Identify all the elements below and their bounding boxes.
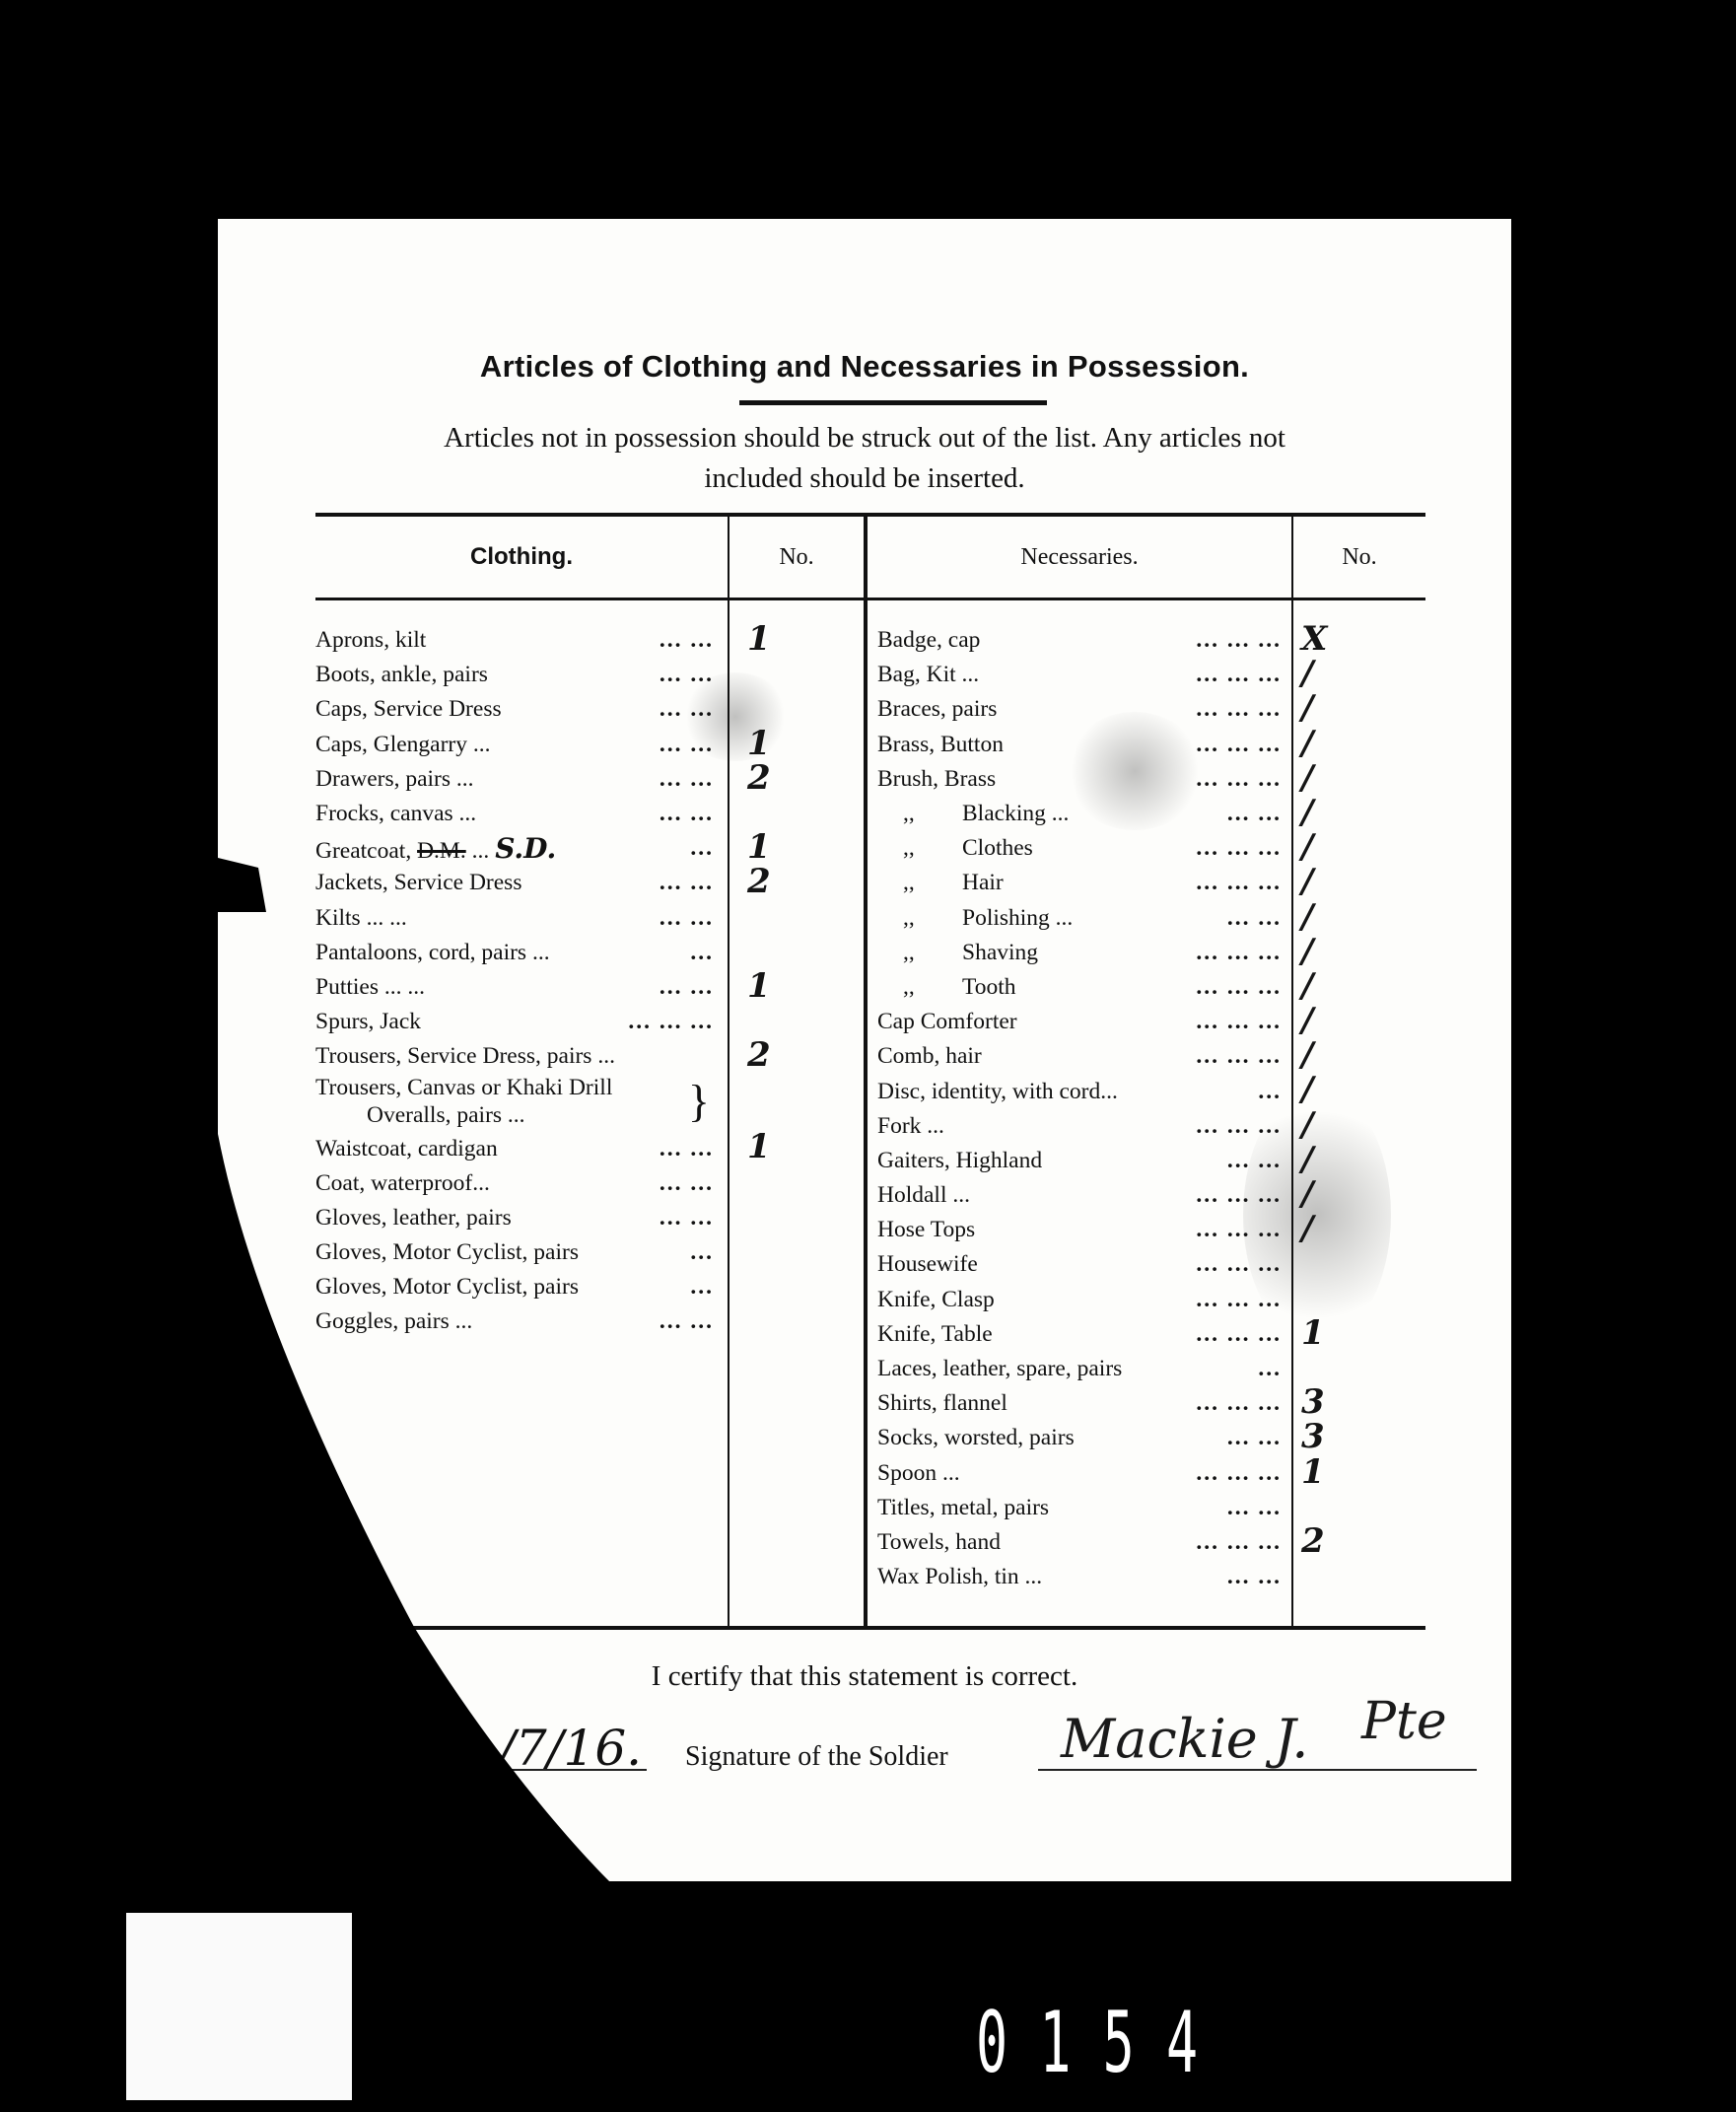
leader-dots: ... <box>690 940 714 966</box>
item-label: Putties ... ... <box>315 974 425 1001</box>
table-row: Trousers, Service Dress, pairs ... <box>315 1039 714 1074</box>
item-label: Holdall ... <box>877 1182 970 1209</box>
leader-dots: ... ... ... <box>628 1009 714 1035</box>
leader-dots: ... ... ... <box>1196 1009 1282 1035</box>
item-text: Pantaloons, cord, pairs ... <box>315 940 550 965</box>
quantity-cell: / <box>1293 1109 1425 1144</box>
item-text: Brass, Button <box>877 732 1004 757</box>
item-text: Badge, cap <box>877 627 980 653</box>
item-label: ,,Hair <box>877 870 1004 896</box>
handwritten-quantity: 2 <box>747 1035 771 1075</box>
table-row: ,,Clothes... ... ... <box>877 831 1282 866</box>
leader-dots: ... ... <box>660 696 714 723</box>
table-row: Comb, hair... ... ... <box>877 1039 1282 1074</box>
quantity-cell: / <box>1293 762 1425 797</box>
item-label: Shirts, flannel <box>877 1390 1007 1417</box>
handwritten-quantity: 3 <box>1301 1417 1325 1456</box>
table-row: Spoon ...... ... ... <box>877 1456 1282 1491</box>
item-label: Trousers, Canvas or Khaki DrillOveralls,… <box>315 1074 612 1129</box>
item-label: Trousers, Service Dress, pairs ... <box>315 1043 615 1070</box>
item-text: Braces, pairs <box>877 696 997 722</box>
leader-dots: ... ... ... <box>1196 1251 1282 1278</box>
handwritten-quantity: 2 <box>747 862 771 901</box>
item-label: Kilts ... ... <box>315 905 407 932</box>
leader-dots: ... <box>1258 1356 1282 1382</box>
item-label: Badge, cap <box>877 627 980 654</box>
leader-dots: ... ... <box>1227 1148 1282 1174</box>
item-label: Caps, Glengarry ... <box>315 732 491 758</box>
table-row: Holdall ...... ... ... <box>877 1178 1282 1213</box>
leader-dots: ... ... ... <box>1196 732 1282 758</box>
header-necessaries-no: No. <box>1293 517 1425 598</box>
item-text: Aprons, kilt <box>315 627 426 653</box>
quantity-cell: 1 <box>729 623 864 658</box>
leader-dots: ... ... ... <box>1196 1460 1282 1487</box>
item-text-suffix: ... <box>466 838 490 864</box>
item-label: Gloves, leather, pairs <box>315 1205 512 1232</box>
handwritten-quantity: / <box>1301 897 1313 937</box>
table-row: Boots, ankle, pairs... ... <box>315 658 714 692</box>
quantity-cell <box>1293 1560 1425 1594</box>
handwritten-quantity: / <box>1301 1140 1313 1179</box>
table-row: }Trousers, Canvas or Khaki DrillOveralls… <box>315 1074 714 1131</box>
handwritten-quantity: / <box>1301 932 1313 971</box>
quantity-cell: / <box>1293 1074 1425 1108</box>
necessaries-quantities: X/////////////////13312 <box>1293 623 1425 1594</box>
handwritten-quantity: / <box>1301 654 1313 693</box>
table-bottom-rule <box>315 1626 1425 1630</box>
item-text: Caps, Glengarry ... <box>315 732 491 757</box>
quantity-cell: 3 <box>1293 1386 1425 1421</box>
table-header-rule <box>315 598 1425 600</box>
leader-dots: ... ... ... <box>1196 662 1282 688</box>
table-row: Goggles, pairs ...... ... <box>315 1304 714 1339</box>
item-text: Gloves, Motor Cyclist, pairs <box>315 1274 579 1300</box>
leader-dots: ... ... <box>660 905 714 932</box>
table-row: Frocks, canvas ...... ... <box>315 797 714 831</box>
table-row: Cap Comforter... ... ... <box>877 1005 1282 1039</box>
item-text: Disc, identity, with cord... <box>877 1079 1118 1104</box>
item-text: Knife, Clasp <box>877 1287 995 1312</box>
leader-dots: ... ... ... <box>1196 1217 1282 1243</box>
table-row: Brush, Brass... ... ... <box>877 762 1282 797</box>
item-text: Trousers, Canvas or Khaki Drill <box>315 1075 612 1100</box>
item-text: Tooth <box>962 974 1016 1000</box>
item-label: Disc, identity, with cord... <box>877 1079 1118 1105</box>
table-row: ,,Blacking ...... ... <box>877 797 1282 831</box>
leader-dots: ... ... ... <box>1196 1287 1282 1313</box>
item-text: Goggles, pairs ... <box>315 1308 472 1334</box>
table-row: Braces, pairs... ... ... <box>877 692 1282 727</box>
handwritten-quantity: / <box>1301 862 1313 901</box>
table-row: Hose Tops... ... ... <box>877 1213 1282 1247</box>
item-label: Aprons, kilt <box>315 627 426 654</box>
table-row: ,,Tooth... ... ... <box>877 970 1282 1005</box>
item-text: Hose Tops <box>877 1217 975 1242</box>
item-label: Waistcoat, cardigan <box>315 1136 498 1162</box>
leader-dots: ... ... ... <box>1196 1529 1282 1556</box>
item-text: Greatcoat, <box>315 838 417 864</box>
table-row: Badge, cap... ... ... <box>877 623 1282 658</box>
table-row: Wax Polish, tin ...... ... <box>877 1560 1282 1594</box>
handwritten-quantity: 1 <box>747 724 771 763</box>
table-row: Aprons, kilt... ... <box>315 623 714 658</box>
ditto-mark: ,, <box>903 835 962 862</box>
ditto-mark: ,, <box>903 801 962 827</box>
handwritten-quantity: / <box>1301 1105 1313 1145</box>
leader-dots: ... ... <box>660 627 714 654</box>
item-text-line2: Overalls, pairs ... <box>315 1102 525 1128</box>
item-label: Goggles, pairs ... <box>315 1308 472 1335</box>
quantity-cell <box>729 1270 864 1304</box>
item-text: Socks, worsted, pairs <box>877 1425 1075 1450</box>
quantity-cell: / <box>1293 901 1425 936</box>
item-label: Spurs, Jack <box>315 1009 421 1035</box>
item-text: Boots, ankle, pairs <box>315 662 488 687</box>
item-label: Gloves, Motor Cyclist, pairs <box>315 1239 579 1266</box>
item-label: Cap Comforter <box>877 1009 1017 1035</box>
item-label: Drawers, pairs ... <box>315 766 474 793</box>
item-text: Spurs, Jack <box>315 1009 421 1034</box>
quantity-cell: / <box>1293 658 1425 692</box>
handwritten-quantity: 2 <box>747 758 771 798</box>
item-label: Coat, waterproof... <box>315 1170 490 1197</box>
quantity-cell: 2 <box>729 762 864 797</box>
document-page: Articles of Clothing and Necessaries in … <box>218 219 1511 1881</box>
necessaries-list: Badge, cap... ... ...Bag, Kit ...... ...… <box>877 623 1282 1594</box>
handwritten-quantity: 3 <box>1301 1382 1325 1422</box>
leader-dots: ... ... <box>660 1136 714 1162</box>
table-row: Titles, metal, pairs... ... <box>877 1491 1282 1525</box>
handwritten-quantity: / <box>1301 1209 1313 1248</box>
quantity-cell: 1 <box>729 1131 864 1165</box>
item-text: Fork ... <box>877 1113 944 1139</box>
instructions-line-1: Articles not in possession should be str… <box>218 418 1511 458</box>
calibration-patch <box>126 1913 352 2100</box>
item-text: Hair <box>962 870 1004 895</box>
quantity-cell: 1 <box>1293 1456 1425 1491</box>
item-text: Frocks, canvas ... <box>315 801 476 826</box>
leader-dots: ... ... ... <box>1196 1043 1282 1070</box>
brace: } <box>688 1074 710 1129</box>
table-row: Greatcoat, D.M. ...S.D.... <box>315 831 714 866</box>
quantity-cell: / <box>1293 866 1425 900</box>
item-text: Knife, Table <box>877 1321 993 1347</box>
handwritten-quantity: / <box>1301 1035 1313 1075</box>
column-divider-thick <box>864 517 868 1626</box>
quantity-cell: / <box>1293 970 1425 1005</box>
quantity-cell: 2 <box>1293 1525 1425 1560</box>
quantity-cell <box>1293 1352 1425 1386</box>
leader-dots: ... ... <box>1227 1425 1282 1451</box>
quantity-cell: / <box>1293 728 1425 762</box>
item-label: Hose Tops <box>877 1217 975 1243</box>
table-row: Gloves, leather, pairs... ... <box>315 1201 714 1235</box>
table-row: Gaiters, Highland... ... <box>877 1144 1282 1178</box>
form-title: Articles of Clothing and Necessaries in … <box>218 349 1511 385</box>
item-label: Jackets, Service Dress <box>315 870 521 896</box>
item-label: ,,Polishing ... <box>877 905 1073 932</box>
handwritten-quantity: / <box>1301 1174 1313 1214</box>
clothing-list: Aprons, kilt... ... Boots, ankle, pairs.… <box>315 623 714 1340</box>
item-label: Caps, Service Dress <box>315 696 502 723</box>
soldier-rank: Pte <box>1361 1692 1447 1751</box>
item-label: Socks, worsted, pairs <box>877 1425 1075 1451</box>
handwritten-quantity: / <box>1301 793 1313 832</box>
item-label: Greatcoat, D.M. ...S.D. <box>315 832 556 865</box>
item-label: Knife, Table <box>877 1321 993 1348</box>
frame-number: 0154 <box>976 1994 1229 2092</box>
item-label: Housewife <box>877 1251 978 1278</box>
item-label: Comb, hair <box>877 1043 982 1070</box>
item-label: ,,Tooth <box>877 974 1016 1001</box>
item-label: Bag, Kit ... <box>877 662 979 688</box>
item-text: Caps, Service Dress <box>315 696 502 722</box>
title-underline <box>739 400 1047 405</box>
leader-dots: ... ... <box>1227 1564 1282 1590</box>
handwritten-quantity: 1 <box>747 1127 771 1166</box>
leader-dots: ... ... <box>660 1170 714 1197</box>
quantity-cell: 1 <box>729 970 864 1005</box>
table-row: Putties ... ...... ... <box>315 970 714 1005</box>
item-text: Coat, waterproof... <box>315 1170 490 1196</box>
quantity-cell <box>729 692 864 727</box>
quantity-cell: / <box>1293 831 1425 866</box>
item-text: Titles, metal, pairs <box>877 1495 1049 1520</box>
ditto-mark: ,, <box>903 940 962 966</box>
quantity-cell: 2 <box>729 1039 864 1074</box>
leader-dots: ... ... <box>660 1205 714 1232</box>
leader-dots: ... <box>690 1239 714 1266</box>
table-row: Coat, waterproof...... ... <box>315 1166 714 1201</box>
table-row: Laces, leather, spare, pairs... <box>877 1352 1282 1386</box>
item-text: Comb, hair <box>877 1043 982 1069</box>
item-text: Waistcoat, cardigan <box>315 1136 498 1162</box>
leader-dots: ... ... ... <box>1196 974 1282 1001</box>
quantity-cell <box>729 1235 864 1270</box>
table-row: Kilts ... ...... ... <box>315 901 714 936</box>
handwritten-quantity: / <box>1301 688 1313 728</box>
item-text: Putties ... ... <box>315 974 425 1000</box>
leader-dots: ... ... ... <box>1196 870 1282 896</box>
header-clothing-no: No. <box>729 517 864 598</box>
leader-dots: ... ... <box>1227 1495 1282 1521</box>
leader-dots: ... ... ... <box>1196 1113 1282 1140</box>
leader-dots: ... ... <box>1227 801 1282 827</box>
quantity-cell <box>729 1201 864 1235</box>
item-text: Gloves, leather, pairs <box>315 1205 512 1231</box>
leader-dots: ... <box>1258 1079 1282 1105</box>
item-text: Jackets, Service Dress <box>315 870 521 895</box>
leader-dots: ... ... <box>660 662 714 688</box>
leader-dots: ... ... ... <box>1196 940 1282 966</box>
handwritten-quantity: X <box>1301 619 1327 659</box>
quantity-cell: / <box>1293 936 1425 970</box>
item-text: Wax Polish, tin ... <box>877 1564 1042 1589</box>
item-text: Blacking ... <box>962 801 1069 826</box>
certification-statement: I certify that this statement is correct… <box>218 1660 1511 1693</box>
leader-dots: ... ... ... <box>1196 766 1282 793</box>
soldier-signature: Mackie J. <box>1061 1708 1308 1770</box>
quantity-cell <box>729 901 864 936</box>
ditto-mark: ,, <box>903 905 962 932</box>
item-label: Towels, hand <box>877 1529 1001 1556</box>
item-label: Brass, Button <box>877 732 1004 758</box>
handwritten-quantity: 1 <box>747 827 771 867</box>
quantity-cell: / <box>1293 1144 1425 1178</box>
leader-dots: ... ... <box>660 801 714 827</box>
header-clothing: Clothing. <box>315 517 728 598</box>
table-row: Caps, Service Dress... ... <box>315 692 714 727</box>
quantity-cell: / <box>1293 1213 1425 1247</box>
clothing-quantities: 11212121 <box>729 623 864 1340</box>
item-text: Gaiters, Highland <box>877 1148 1042 1173</box>
quantity-cell: 1 <box>1293 1317 1425 1352</box>
item-label: Titles, metal, pairs <box>877 1495 1049 1521</box>
handwritten-quantity: 1 <box>747 619 771 659</box>
handwritten-quantity: / <box>1301 827 1313 867</box>
quantity-cell: 1 <box>729 831 864 866</box>
leader-dots: ... ... ... <box>1196 835 1282 862</box>
item-text: Drawers, pairs ... <box>315 766 474 792</box>
quantity-cell: / <box>1293 1039 1425 1074</box>
table-row: Socks, worsted, pairs... ... <box>877 1421 1282 1455</box>
handwritten-quantity: / <box>1301 724 1313 763</box>
table-row: ,,Hair... ... ... <box>877 866 1282 900</box>
handwritten-quantity: 1 <box>1301 1313 1325 1353</box>
leader-dots: ... <box>690 835 714 862</box>
table-row: Gloves, Motor Cyclist, pairs... <box>315 1270 714 1304</box>
handwritten-quantity: 2 <box>1301 1521 1325 1561</box>
handwritten-quantity: 1 <box>1301 1452 1325 1492</box>
leader-dots: ... ... ... <box>1196 1321 1282 1348</box>
table-row: Spurs, Jack... ... ... <box>315 1005 714 1039</box>
item-label: Gloves, Motor Cyclist, pairs <box>315 1274 579 1301</box>
item-label: ,,Blacking ... <box>877 801 1069 827</box>
ditto-mark: ,, <box>903 870 962 896</box>
item-text: Housewife <box>877 1251 978 1277</box>
table-row: Drawers, pairs ...... ... <box>315 762 714 797</box>
item-text: Holdall ... <box>877 1182 970 1208</box>
signature-label: Signature of the Soldier <box>685 1741 948 1773</box>
table-row: ,,Polishing ...... ... <box>877 901 1282 936</box>
item-text: Cap Comforter <box>877 1009 1017 1034</box>
table-row: Brass, Button... ... ... <box>877 728 1282 762</box>
quantity-cell: / <box>1293 1005 1425 1039</box>
item-text: Laces, leather, spare, pairs <box>877 1356 1122 1381</box>
handwritten-quantity: / <box>1301 1001 1313 1040</box>
handwritten-quantity: 1 <box>747 966 771 1006</box>
form-instructions: Articles not in possession should be str… <box>218 418 1511 499</box>
quantity-cell <box>729 1166 864 1201</box>
quantity-cell: / <box>1293 692 1425 727</box>
leader-dots: ... ... <box>660 1308 714 1335</box>
table-row: ,,Shaving... ... ... <box>877 936 1282 970</box>
item-text: Polishing ... <box>962 905 1073 931</box>
item-label: ,,Shaving <box>877 940 1038 966</box>
quantity-cell: 2 <box>729 866 864 900</box>
table-row: Fork ...... ... ... <box>877 1109 1282 1144</box>
struck-text: D.M. <box>417 838 466 864</box>
handwritten-quantity: / <box>1301 758 1313 798</box>
item-label: Braces, pairs <box>877 696 997 723</box>
quantity-cell <box>729 658 864 692</box>
table-row: Waistcoat, cardigan... ... <box>315 1131 714 1165</box>
quantity-cell: 1 <box>729 728 864 762</box>
item-label: Spoon ... <box>877 1460 960 1487</box>
quantity-cell <box>1293 1283 1425 1317</box>
instructions-line-2: included should be inserted. <box>218 458 1511 499</box>
item-text: Shaving <box>962 940 1038 965</box>
leader-dots: ... ... ... <box>1196 627 1282 654</box>
date-line <box>504 1769 647 1771</box>
quantity-cell: / <box>1293 797 1425 831</box>
handwritten-annotation: S.D. <box>495 832 556 865</box>
leader-dots: ... ... <box>1227 905 1282 932</box>
quantity-cell: / <box>1293 1178 1425 1213</box>
item-text: Bag, Kit ... <box>877 662 979 687</box>
item-text: Towels, hand <box>877 1529 1001 1555</box>
leader-dots: ... ... ... <box>1196 1390 1282 1417</box>
table-row: Caps, Glengarry ...... ... <box>315 728 714 762</box>
quantity-cell <box>1293 1247 1425 1282</box>
item-label: Boots, ankle, pairs <box>315 662 488 688</box>
ditto-mark: ,, <box>903 974 962 1001</box>
item-text: Spoon ... <box>877 1460 960 1486</box>
item-text: Brush, Brass <box>877 766 996 792</box>
item-label: Knife, Clasp <box>877 1287 995 1313</box>
quantity-cell <box>1293 1491 1425 1525</box>
table-row: Pantaloons, cord, pairs ...... <box>315 936 714 970</box>
handwritten-quantity: / <box>1301 966 1313 1006</box>
leader-dots: ... ... <box>660 766 714 793</box>
quantity-cell <box>729 1074 864 1131</box>
item-label: Fork ... <box>877 1113 944 1140</box>
item-text: Gloves, Motor Cyclist, pairs <box>315 1239 579 1265</box>
leader-dots: ... ... ... <box>1196 1182 1282 1209</box>
item-text: Trousers, Service Dress, pairs ... <box>315 1043 615 1069</box>
quantity-cell: 3 <box>1293 1421 1425 1455</box>
item-label: Gaiters, Highland <box>877 1148 1042 1174</box>
table-row: Bag, Kit ...... ... ... <box>877 658 1282 692</box>
table-row: Knife, Clasp... ... ... <box>877 1283 1282 1317</box>
leader-dots: ... <box>690 1274 714 1301</box>
quantity-cell: X <box>1293 623 1425 658</box>
table-row: Jackets, Service Dress... ... <box>315 866 714 900</box>
item-label: Pantaloons, cord, pairs ... <box>315 940 550 966</box>
quantity-cell <box>729 936 864 970</box>
item-label: Brush, Brass <box>877 766 996 793</box>
quantity-cell <box>729 797 864 831</box>
table-row: Housewife... ... ... <box>877 1247 1282 1282</box>
item-text: Clothes <box>962 835 1033 861</box>
leader-dots: ... ... ... <box>1196 696 1282 723</box>
quantity-cell <box>729 1304 864 1339</box>
header-necessaries: Necessaries. <box>868 517 1291 598</box>
table-row: Shirts, flannel... ... ... <box>877 1386 1282 1421</box>
leader-dots: ... ... <box>660 974 714 1001</box>
item-label: Frocks, canvas ... <box>315 801 476 827</box>
quantity-cell <box>729 1005 864 1039</box>
table-row: Knife, Table... ... ... <box>877 1317 1282 1352</box>
item-label: ,,Clothes <box>877 835 1033 862</box>
articles-table: Clothing. No. Necessaries. No. Aprons, k… <box>315 513 1425 1630</box>
item-text: Kilts ... ... <box>315 905 407 931</box>
item-label: Laces, leather, spare, pairs <box>877 1356 1122 1382</box>
table-row: Disc, identity, with cord...... <box>877 1074 1282 1108</box>
table-row: Gloves, Motor Cyclist, pairs... <box>315 1235 714 1270</box>
leader-dots: ... ... <box>660 870 714 896</box>
